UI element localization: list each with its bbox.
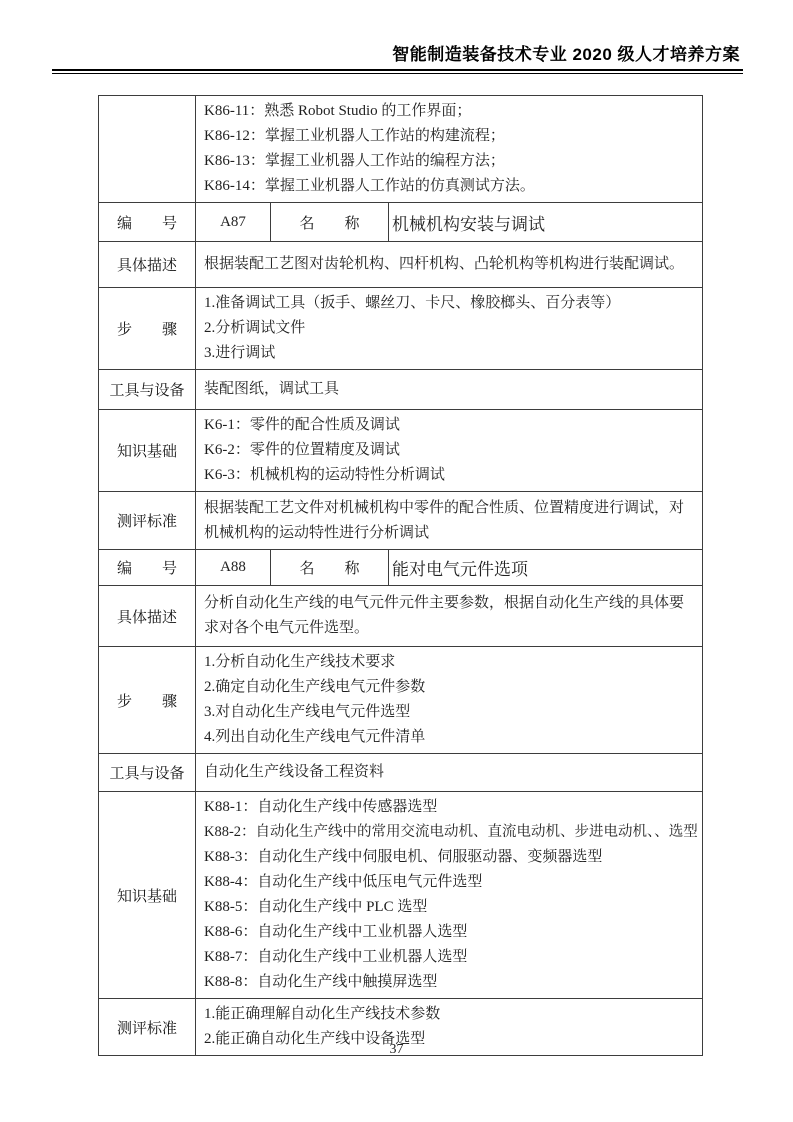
content-line: 2.确定自动化生产线电气元件参数 [204, 675, 698, 700]
content-line: K88-1：自动化生产线中传感器选型 [204, 795, 698, 820]
row-label [99, 96, 196, 203]
row-content: 装配图纸，调试工具 [196, 370, 703, 410]
task-name: 能对电气元件选项 [389, 550, 703, 586]
row-label: 编 号 [99, 550, 196, 586]
row-content: K88-1：自动化生产线中传感器选型K88-2：自动化生产线中的常用交流电动机、… [196, 792, 703, 999]
page-number: 37 [390, 1042, 404, 1057]
content-line: 1.准备调试工具（扳手、螺丝刀、卡尺、橡胶榔头、百分表等） [204, 291, 698, 316]
content-line: 4.列出自动化生产线电气元件清单 [204, 725, 698, 750]
table-row: 知识基础K88-1：自动化生产线中传感器选型K88-2：自动化生产线中的常用交流… [99, 792, 703, 999]
content-line: 根据装配工艺文件对机械机构中零件的配合性质、位置精度进行调试，对机械机构的运动特… [204, 496, 698, 546]
content-line: K6-1：零件的配合性质及调试 [204, 413, 698, 438]
task-name: 机械机构安装与调试 [389, 203, 703, 242]
row-label: 具体描述 [99, 586, 196, 647]
row-label: 编 号 [99, 203, 196, 242]
task-table-body: K86-11：熟悉 Robot Studio 的工作界面；K86-12：掌握工业… [99, 96, 703, 1056]
row-content: 分析自动化生产线的电气元件元件主要参数，根据自动化生产线的具体要求对各个电气元件… [196, 586, 703, 647]
row-label: 知识基础 [99, 792, 196, 999]
row-content: K6-1：零件的配合性质及调试K6-2：零件的位置精度及调试K6-3：机械机构的… [196, 410, 703, 492]
content-line: K86-12：掌握工业机器人工作站的构建流程； [204, 124, 698, 149]
content-line: 3.对自动化生产线电气元件选型 [204, 700, 698, 725]
content-line: K88-4：自动化生产线中低压电气元件选型 [204, 870, 698, 895]
content-line: K86-11：熟悉 Robot Studio 的工作界面； [204, 99, 698, 124]
task-table: K86-11：熟悉 Robot Studio 的工作界面；K86-12：掌握工业… [98, 95, 703, 1056]
content-line: K88-7：自动化生产线中工业机器人选型 [204, 945, 698, 970]
row-label: 步 骤 [99, 288, 196, 370]
content-line: K86-14：掌握工业机器人工作站的仿真测试方法。 [204, 174, 698, 199]
content-line: 3.进行调试 [204, 341, 698, 366]
content-line: K88-2：自动化生产线中的常用交流电动机、直流电动机、步进电动机、、选型 [204, 820, 698, 845]
content-line: 1.能正确理解自动化生产线技术参数 [204, 1002, 698, 1027]
table-row: 工具与设备自动化生产线设备工程资料 [99, 754, 703, 792]
row-content: 根据装配工艺图对齿轮机构、四杆机构、凸轮机构等机构进行装配调试。 [196, 242, 703, 288]
content-line: K6-3：机械机构的运动特性分析调试 [204, 463, 698, 488]
content-line: K86-13：掌握工业机器人工作站的编程方法； [204, 149, 698, 174]
task-code: A87 [196, 203, 271, 242]
content-line: K88-3：自动化生产线中伺服电机、伺服驱动器、变频器选型 [204, 845, 698, 870]
document-page: 智能制造装备技术专业 2020 级人才培养方案 K86-11：熟悉 Robot … [0, 0, 793, 1122]
row-content: 1.分析自动化生产线技术要求2.确定自动化生产线电气元件参数3.对自动化生产线电… [196, 647, 703, 754]
row-label: 步 骤 [99, 647, 196, 754]
table-row: 工具与设备装配图纸，调试工具 [99, 370, 703, 410]
name-label: 名 称 [271, 550, 389, 586]
row-label: 测评标准 [99, 492, 196, 550]
row-content: 根据装配工艺文件对机械机构中零件的配合性质、位置精度进行调试，对机械机构的运动特… [196, 492, 703, 550]
row-content: 自动化生产线设备工程资料 [196, 754, 703, 792]
table-row: 知识基础K6-1：零件的配合性质及调试K6-2：零件的位置精度及调试K6-3：机… [99, 410, 703, 492]
content-line: 装配图纸，调试工具 [204, 377, 698, 402]
row-label: 具体描述 [99, 242, 196, 288]
table-row: K86-11：熟悉 Robot Studio 的工作界面；K86-12：掌握工业… [99, 96, 703, 203]
content-line: K88-8：自动化生产线中触摸屏选型 [204, 970, 698, 995]
table-row: 具体描述分析自动化生产线的电气元件元件主要参数，根据自动化生产线的具体要求对各个… [99, 586, 703, 647]
header-rule [52, 69, 743, 74]
table-row: 编 号A87名 称机械机构安装与调试 [99, 203, 703, 242]
table-row: 步 骤1.准备调试工具（扳手、螺丝刀、卡尺、橡胶榔头、百分表等）2.分析调试文件… [99, 288, 703, 370]
header-title: 智能制造装备技术专业 2020 级人才培养方案 [392, 40, 740, 65]
row-label: 知识基础 [99, 410, 196, 492]
table-row: 步 骤1.分析自动化生产线技术要求2.确定自动化生产线电气元件参数3.对自动化生… [99, 647, 703, 754]
content-line: 1.分析自动化生产线技术要求 [204, 650, 698, 675]
task-code: A88 [196, 550, 271, 586]
content-line: 自动化生产线设备工程资料 [204, 760, 698, 785]
content-line: 根据装配工艺图对齿轮机构、四杆机构、凸轮机构等机构进行装配调试。 [204, 252, 698, 277]
content-line: 2.分析调试文件 [204, 316, 698, 341]
content-line: K6-2：零件的位置精度及调试 [204, 438, 698, 463]
row-label: 工具与设备 [99, 370, 196, 410]
page-footer: 37 [0, 1042, 793, 1058]
content-line: 分析自动化生产线的电气元件元件主要参数，根据自动化生产线的具体要求对各个电气元件… [204, 591, 698, 641]
row-label: 工具与设备 [99, 754, 196, 792]
row-content: K86-11：熟悉 Robot Studio 的工作界面；K86-12：掌握工业… [196, 96, 703, 203]
name-label: 名 称 [271, 203, 389, 242]
table-row: 具体描述根据装配工艺图对齿轮机构、四杆机构、凸轮机构等机构进行装配调试。 [99, 242, 703, 288]
table-row: 测评标准根据装配工艺文件对机械机构中零件的配合性质、位置精度进行调试，对机械机构… [99, 492, 703, 550]
content-line: K88-5：自动化生产线中 PLC 选型 [204, 895, 698, 920]
row-content: 1.准备调试工具（扳手、螺丝刀、卡尺、橡胶榔头、百分表等）2.分析调试文件3.进… [196, 288, 703, 370]
content-line: K88-6：自动化生产线中工业机器人选型 [204, 920, 698, 945]
table-row: 编 号A88名 称能对电气元件选项 [99, 550, 703, 586]
